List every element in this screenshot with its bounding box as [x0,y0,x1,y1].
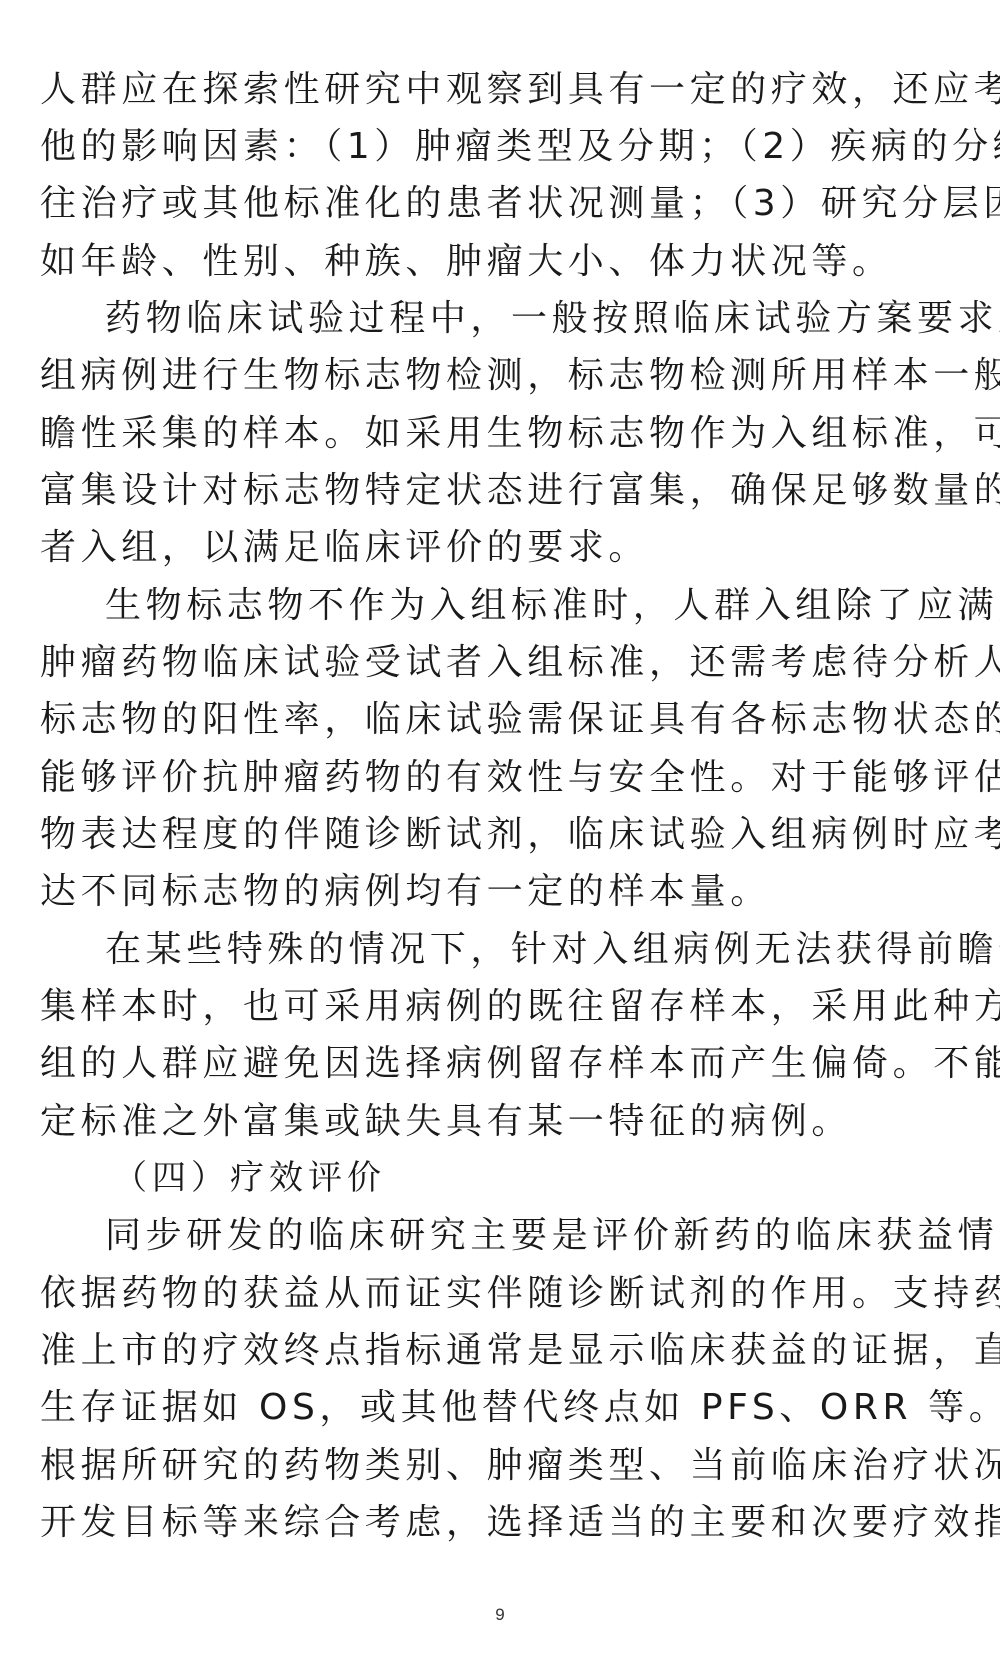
paragraph-2-line-2: 组病例进行生物标志物检测，标志物检测所用样本一般为前 [40,356,958,396]
paragraph-1-line-3: 往治疗或其他标准化的患者状况测量；（3）研究分层因素， [40,184,958,224]
paragraph-2-line-5: 者入组，以满足临床评价的要求。 [40,528,958,568]
paragraph-5-line-4: 生存证据如 OS，或其他替代终点如 PFS、ORR 等。申请人应 [40,1388,958,1428]
paragraph-1-line-2: 他的影响因素：（1）肿瘤类型及分期；（2）疾病的分级、既 [40,127,958,167]
section-heading: （四）疗效评价 [113,1158,386,1198]
paragraph-2-line-1: 药物临床试验过程中，一般按照临床试验方案要求对入 [105,299,958,339]
paragraph-3-line-4: 能够评价抗肿瘤药物的有效性与安全性。对于能够评估标志 [40,758,958,798]
paragraph-5-line-6: 开发目标等来综合考虑，选择适当的主要和次要疗效指标。 [40,1503,958,1543]
paragraph-1-line-1: 人群应在探索性研究中观察到具有一定的疗效，还应考虑其 [40,70,958,110]
paragraph-4-line-3: 组的人群应避免因选择病例留存样本而产生偏倚。不能在设 [40,1044,958,1084]
paragraph-1-line-4: 如年龄、性别、种族、肿瘤大小、体力状况等。 [40,242,958,282]
paragraph-4-line-1: 在某些特殊的情况下，针对入组病例无法获得前瞻性采 [105,930,958,970]
paragraph-5-line-5: 根据所研究的药物类别、肿瘤类型、当前临床治疗状况以及 [40,1446,958,1486]
paragraph-5-line-1: 同步研发的临床研究主要是评价新药的临床获益情况， [105,1216,958,1256]
paragraph-3-line-3: 标志物的阳性率，临床试验需保证具有各标志物状态的人群 [40,700,958,740]
paragraph-3-line-6: 达不同标志物的病例均有一定的样本量。 [40,872,958,912]
page-number: 9 [0,1605,1000,1625]
paragraph-2-line-3: 瞻性采集的样本。如采用生物标志物作为入组标准，可使用 [40,414,958,454]
paragraph-3-line-1: 生物标志物不作为入组标准时，人群入组除了应满足抗 [105,586,958,626]
paragraph-4-line-4: 定标准之外富集或缺失具有某一特征的病例。 [40,1102,958,1142]
paragraph-5-line-3: 准上市的疗效终点指标通常是显示临床获益的证据，直接的 [40,1331,958,1371]
paragraph-4-line-2: 集样本时，也可采用病例的既往留存样本，采用此种方式入 [40,987,958,1027]
paragraph-3-line-5: 物表达程度的伴随诊断试剂，临床试验入组病例时应考虑表 [40,815,958,855]
paragraph-5-line-2: 依据药物的获益从而证实伴随诊断试剂的作用。支持药物批 [40,1274,958,1314]
paragraph-2-line-4: 富集设计对标志物特定状态进行富集，确保足够数量的受试 [40,471,958,511]
document-page: 人群应在探索性研究中观察到具有一定的疗效，还应考虑其 他的影响因素：（1）肿瘤类… [0,0,1000,1667]
paragraph-3-line-2: 肿瘤药物临床试验受试者入组标准，还需考虑待分析人群中 [40,643,958,683]
